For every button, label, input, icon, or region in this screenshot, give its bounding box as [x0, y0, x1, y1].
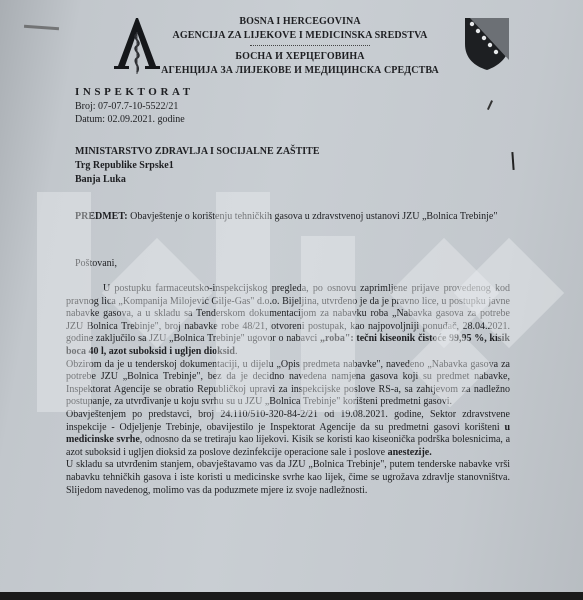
- coat-of-arms-icon: [462, 14, 512, 72]
- agency-caduceus-logo-icon: [112, 14, 160, 74]
- header-agency-cyrillic: АГЕНЦИЈА ЗА ЛИЈЕКОВЕ И МЕДИЦИНСКА СРЕДСТ…: [160, 65, 440, 76]
- greeting: Poštovani,: [75, 258, 117, 269]
- scanned-letter-page: BOSNA I HERCEGOVINA AGENCIJA ZA LIJEKOVE…: [0, 0, 583, 592]
- pen-mark: [487, 100, 493, 110]
- reference-number: Broj: 07-07.7-10-5522/21: [75, 101, 178, 112]
- paragraph-1: U postupku farmaceutsko-inspekcijskog pr…: [66, 283, 510, 359]
- document-date: Datum: 02.09.2021. godine: [75, 114, 185, 125]
- recipient-city: Banja Luka: [75, 174, 126, 185]
- subject-line: PREDMET: Obavještenje o korištenju tehni…: [75, 211, 503, 224]
- recipient-street: Trg Republike Srpske1: [75, 160, 174, 171]
- subject-label: PREDMET:: [75, 211, 128, 222]
- paragraph-3: Obavještenjem po predstavci, broj 24.110…: [66, 409, 510, 459]
- pen-mark: [511, 152, 514, 170]
- pen-mark: [24, 25, 59, 30]
- subject-text: Obavještenje o korištenju tehničkih gaso…: [128, 211, 498, 222]
- paragraph-2: Obzirom da je u tenderskoj dokumentaciji…: [66, 359, 510, 409]
- header-country-cyrillic: БОСНА И ХЕРЦЕГОВИНА: [160, 51, 440, 62]
- sender-department: INSPEKTORAT: [75, 86, 194, 98]
- header-country-latin: BOSNA I HERCEGOVINA: [160, 16, 440, 27]
- recipient-name: MINISTARSTVO ZDRAVLJA I SOCIJALNE ZAŠTIT…: [75, 146, 320, 157]
- header-divider: [250, 45, 370, 46]
- paragraph-4: U skladu sa utvrđenim stanjem, obavješta…: [66, 459, 510, 497]
- header-agency-latin: AGENCIJA ZA LIJEKOVE I MEDICINSKA SREDST…: [160, 30, 440, 41]
- letter-body: U postupku farmaceutsko-inspekcijskog pr…: [66, 283, 510, 497]
- photo-edge: [0, 592, 583, 600]
